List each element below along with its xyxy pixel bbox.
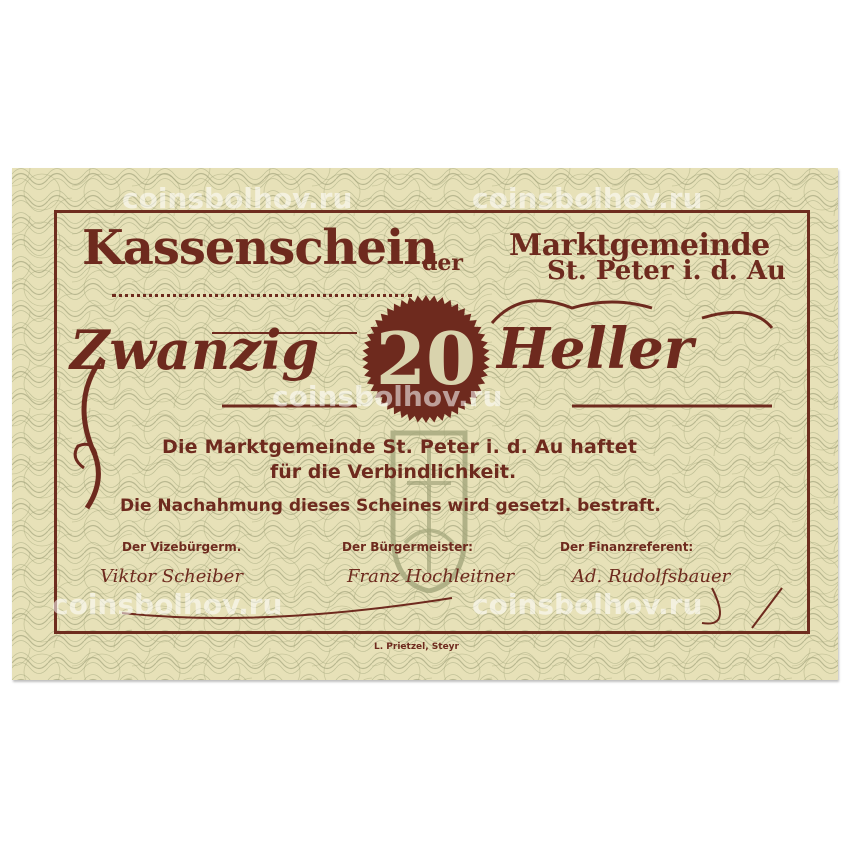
denomination-unit: Heller	[497, 316, 693, 382]
counterfeit-warning: Die Nachahmung dieses Scheines wird gese…	[120, 496, 661, 516]
banknote: Kassenschein der Marktgemeinde St. Peter…	[12, 168, 838, 680]
liability-text-line1: Die Marktgemeinde St. Peter i. d. Au haf…	[162, 436, 637, 458]
signature-label-mayor: Der Bürgermeister:	[342, 540, 473, 554]
liability-text-line2: für die Verbindlichkeit.	[270, 461, 516, 483]
title-connector: der	[422, 250, 463, 276]
signature-label-finance: Der Finanzreferent:	[560, 540, 693, 554]
signature-mayor: Franz Hochleitner	[347, 566, 514, 587]
signature-finance: Ad. Rudolfsbauer	[572, 566, 730, 587]
signature-label-vice-mayor: Der Vizebürgerm.	[122, 540, 241, 554]
issuer-place: St. Peter i. d. Au	[547, 256, 786, 286]
denomination-seal: 20	[360, 293, 492, 425]
signature-vice-mayor: Viktor Scheiber	[100, 566, 243, 587]
printer-imprint: L. Prietzel, Steyr	[374, 642, 459, 652]
denomination-number: 20	[360, 293, 492, 425]
denomination-word: Zwanzig	[70, 318, 319, 382]
title-kassenschein: Kassenschein	[82, 220, 437, 276]
